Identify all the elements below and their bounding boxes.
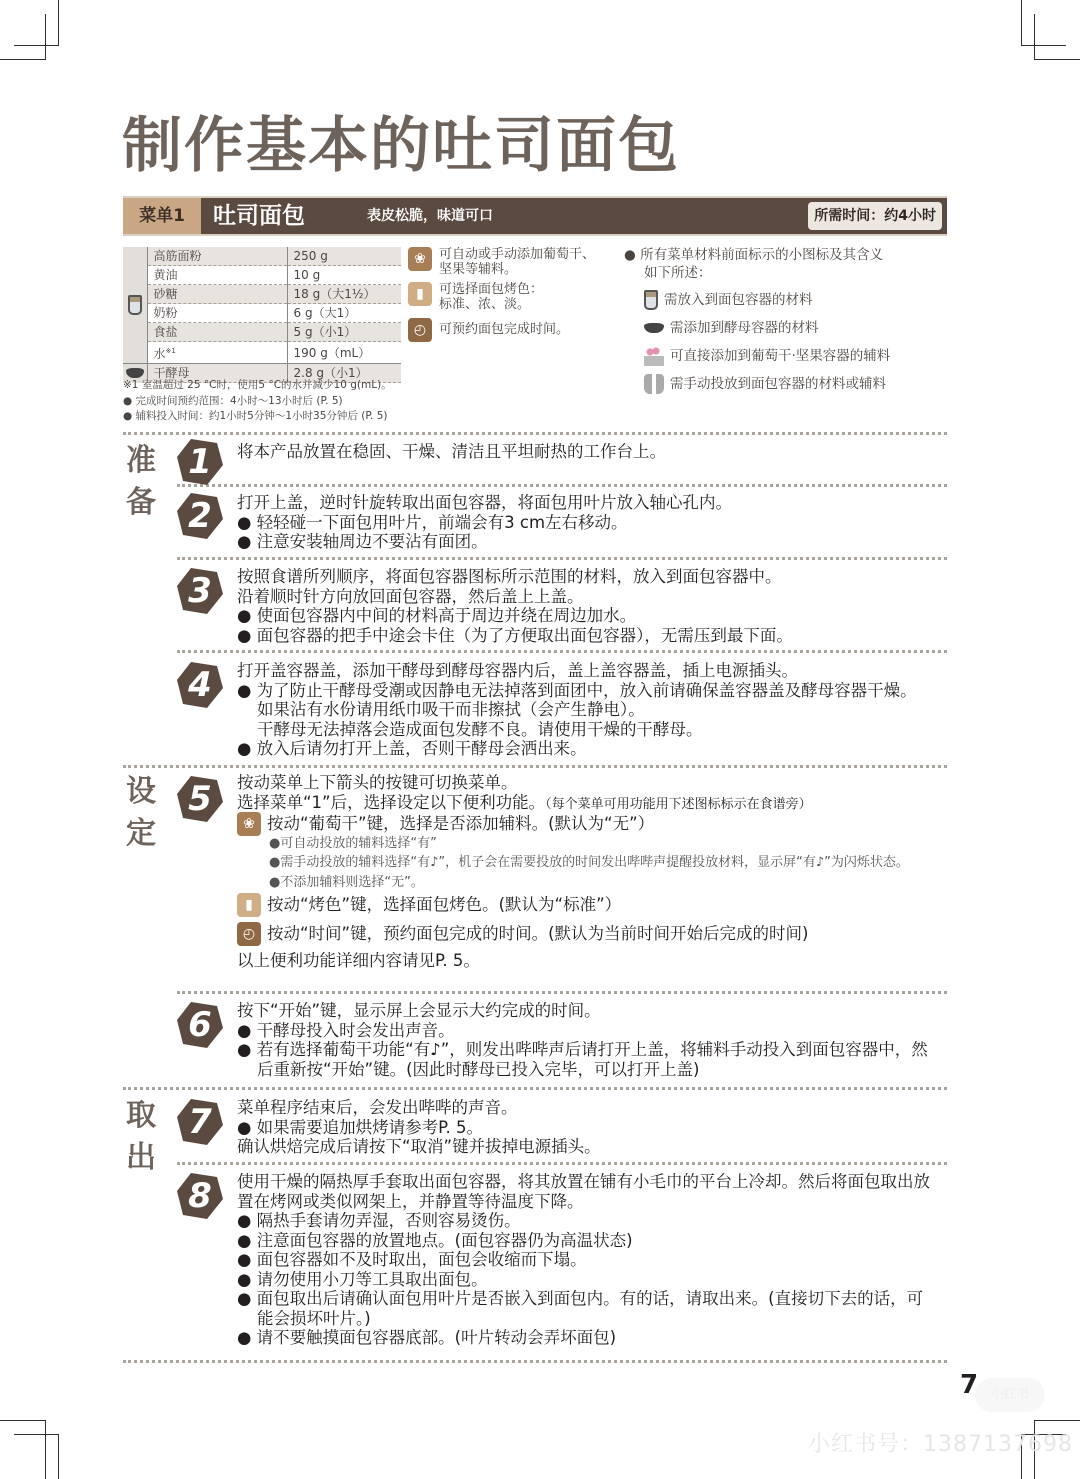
legend-text: 需放入到面包容器的材料: [664, 292, 813, 308]
section-label-remove: 取出: [124, 1095, 158, 1179]
feature-text: 坚果等辅料。: [439, 262, 619, 277]
step-bullet: ● 面包容器的把手中途会卡住（为了方便取出面包容器），无需压到最下面。: [237, 626, 937, 646]
bread-icon: ▮: [237, 893, 261, 917]
ingredient-row: 黄油 10 g: [123, 266, 401, 285]
step-text: 使用干燥的隔热厚手套取出面包容器，将其放置在铺有小毛巾的平台上冷却。然后将面包取…: [237, 1172, 937, 1211]
step-text: 按下“开始”键，显示屏上会显示大约完成的时间。: [237, 1001, 937, 1021]
bread-container-icon: [128, 295, 142, 315]
ingredient-name: 砂糖: [147, 285, 287, 304]
bread-container-column: [123, 247, 147, 364]
step-bullet: ● 如果需要追加烘烤请参考P. 5。: [237, 1118, 937, 1138]
ingredient-name: 高筋面粉: [147, 247, 287, 266]
step-text-main: 选择菜单“1”后，选择设定以下便利功能。: [237, 793, 545, 812]
step-badge-6: 6: [177, 1000, 223, 1050]
ingredient-name: 水※1: [147, 342, 287, 364]
crop-mark: [1034, 1420, 1080, 1421]
icon-legend: ● 所有菜单材料前面标示的小图标及其含义 如下所述： 需放入到面包容器的材料 需…: [624, 246, 883, 282]
divider: [177, 484, 947, 487]
step-number: 2: [177, 491, 223, 541]
step-badge-7: 7: [177, 1097, 223, 1147]
yeast-container-icon: [126, 368, 144, 378]
step-text: 菜单程序结束后，会发出哔哔的声音。: [237, 1098, 937, 1118]
step-text: 沿着顺时针方向放回面包容器，然后盖上上盖。: [237, 587, 937, 607]
menu-number-tag: 菜单1: [123, 198, 201, 234]
step-number: 6: [177, 1000, 223, 1050]
step-5: 按动菜单上下箭头的按键可切换菜单。 选择菜单“1”后，选择设定以下便利功能。（每…: [237, 773, 937, 971]
page-number: 7: [960, 1370, 978, 1400]
feature-text: 可选择面包烤色：: [439, 282, 619, 297]
step-7: 菜单程序结束后，会发出哔哔的声音。 ● 如果需要追加烘烤请参考P. 5。 确认烘…: [237, 1098, 937, 1157]
step-bullet: ● 隔热手套请勿弄湿，否则容易烫伤。: [237, 1211, 937, 1231]
ingredient-amount: 10 g: [287, 266, 401, 285]
ingredient-name: 奶粉: [147, 304, 287, 323]
ingredient-amount: 5 g（小1）: [287, 323, 401, 342]
crop-mark: [14, 1434, 59, 1435]
step-number: 3: [177, 566, 223, 616]
step-3: 按照食谱所列顺序，将面包容器图标所示范围的材料，放入到面包容器中。 沿着顺时针方…: [237, 567, 937, 645]
legend-item: 需添加到酵母容器的材料: [644, 319, 819, 337]
step-number: 5: [177, 774, 223, 824]
section-label-setup: 设定: [124, 771, 158, 855]
step-badge-4: 4: [177, 660, 223, 710]
step-bullet: ● 轻轻碰一下面包用叶片，前端会有3 cm左右移动。: [237, 513, 937, 533]
step-bullet: ● 注意面包容器的放置地点。(面包容器仍为高温状态): [237, 1231, 937, 1251]
ingredient-row: 砂糖 18 g（大1½）: [123, 285, 401, 304]
raisin-option: ●可自动投放的辅料选择“有”: [237, 834, 937, 854]
legend-intro: 如下所述：: [624, 264, 883, 282]
step-badge-1: 1: [177, 437, 223, 487]
step-text: 打开盖容器盖，添加干酵母到酵母容器内后，盖上盖容器盖，插上电源插头。: [237, 661, 937, 681]
note-line: ● 辅料投入时间：约1小时5分钟～1小时35分钟后 (P. 5): [123, 409, 392, 425]
step-badge-3: 3: [177, 566, 223, 616]
feature-text: 可自动或手动添加葡萄干、: [439, 247, 619, 262]
ingredient-row: 奶粉 6 g（大1）: [123, 304, 401, 323]
crop-mark: [45, 14, 46, 60]
feature-text: 可预约面包完成时间。: [439, 322, 619, 337]
divider: [123, 765, 947, 768]
crop-mark: [1021, 45, 1066, 46]
bread-icon: ▮: [408, 282, 432, 306]
divider: [177, 650, 947, 653]
function-text: 按动“葡萄干”键，选择是否添加辅料。(默认为“无”）: [267, 814, 654, 833]
step-text-note: （每个菜单可用功能用下述图标标示在食谱旁）: [545, 797, 812, 812]
legend-text: 可直接添加到葡萄干·坚果容器的辅料: [670, 348, 890, 364]
hands-icon: [644, 374, 664, 394]
raisin-option: ●需手动投放的辅料选择“有♪”，机子会在需要投放的时间发出哔哔声提醒投放材料，显…: [237, 853, 927, 873]
crop-mark: [1034, 59, 1080, 60]
ingredient-amount: 6 g（大1）: [287, 304, 401, 323]
step-footer: 以上便利功能详细内容请见P. 5。: [237, 951, 937, 971]
step-badge-5: 5: [177, 774, 223, 824]
step-number: 7: [177, 1097, 223, 1147]
step-text: 按动菜单上下箭头的按键可切换菜单。: [237, 773, 937, 793]
step-bullet: ● 注意安装轴周边不要沾有面团。: [237, 532, 937, 552]
yeast-container-icon: [644, 323, 664, 333]
step-text: 打开上盖，逆时针旋转取出面包容器，将面包用叶片放入轴心孔内。: [237, 493, 937, 513]
step-6: 按下“开始”键，显示屏上会显示大约完成的时间。 ● 干酵母投入时会发出声音。 ●…: [237, 1001, 937, 1079]
divider: [123, 432, 947, 435]
step-badge-8: 8: [177, 1171, 223, 1221]
crop-mark: [58, 0, 59, 45]
watermark-text: 小红书号：1387137698: [808, 1427, 1073, 1458]
legend-text: 需添加到酵母容器的材料: [670, 320, 819, 336]
ingredient-amount: 250 g: [287, 247, 401, 266]
ingredient-name-text: 水: [154, 347, 166, 361]
step-text: 按照食谱所列顺序，将面包容器图标所示范围的材料，放入到面包容器中。: [237, 567, 937, 587]
step-text: 确认烘焙完成后请按下“取消”键并拔掉电源插头。: [237, 1137, 937, 1157]
ingredient-row: 高筋面粉 250 g: [123, 247, 401, 266]
crop-mark: [1034, 14, 1035, 60]
step-text: 选择菜单“1”后，选择设定以下便利功能。（每个菜单可用功能用下述图标标示在食谱旁…: [237, 793, 937, 815]
note-line: ● 完成时间预约范围：4小时～13小时后 (P. 5): [123, 394, 392, 410]
ingredient-amount: 18 g（大1½）: [287, 285, 401, 304]
clock-icon: ◴: [408, 318, 432, 342]
clock-icon: ◴: [237, 922, 261, 946]
legend-text: 需手动投放到面包容器的材料或辅料: [670, 376, 886, 392]
ingredient-row: 水※1 190 g（mL）: [123, 342, 401, 364]
step-bullet: ● 面包取出后请确认面包用叶片是否嵌入到面包内。有的话，请取出来。(直接切下去的…: [237, 1289, 937, 1328]
legend-item: 需手动投放到面包容器的材料或辅料: [644, 374, 886, 394]
bread-container-icon: [644, 290, 658, 310]
divider: [123, 1360, 947, 1363]
ingredient-row: 食盐 5 g（小1）: [123, 323, 401, 342]
step-number: 8: [177, 1171, 223, 1221]
step-bullet: ● 为了防止干酵母受潮或因静电无法掉落到面团中，放入前请确保盖容器盖及酵母容器干…: [237, 681, 937, 701]
step-bullet: ● 请勿使用小刀等工具取出面包。: [237, 1270, 937, 1290]
step-bullet: ● 放入后请勿打开上盖，否则干酵母会洒出来。: [237, 739, 937, 759]
required-time-badge: 所需时间：约4小时: [808, 202, 942, 230]
divider: [123, 1087, 947, 1090]
menu-header-bar: 菜单1 吐司面包 表皮松脆，味道可口 所需时间：约4小时: [123, 196, 947, 236]
divider: [177, 557, 947, 560]
crop-mark: [58, 1434, 59, 1479]
nut-dispenser-icon: [644, 346, 664, 366]
step-bullet-continued: 干酵母无法掉落会造成面包发酵不良。请使用干燥的干酵母。: [237, 720, 937, 740]
step-number: 4: [177, 660, 223, 710]
divider: [177, 1162, 947, 1165]
step-1: 将本产品放置在稳固、干燥、清洁且平坦耐热的工作台上。: [237, 442, 937, 462]
step-bullet: ● 请不要触摸面包容器底部。(叶片转动会弄坏面包): [237, 1328, 937, 1348]
section-label-prepare: 准备: [124, 440, 158, 524]
legend-intro: ● 所有菜单材料前面标示的小图标及其含义: [624, 246, 883, 264]
page-title: 制作基本的吐司面包: [122, 110, 680, 182]
function-text: 按动“烤色”键，选择面包烤色。(默认为“标准”）: [267, 895, 621, 914]
feature-text: 标准、浓、淡。: [439, 297, 619, 312]
grape-icon: ❀: [408, 247, 432, 271]
divider: [177, 991, 947, 994]
step-text: 将本产品放置在稳固、干燥、清洁且平坦耐热的工作台上。: [237, 442, 937, 462]
ingredient-name: 食盐: [147, 323, 287, 342]
step-badge-2: 2: [177, 491, 223, 541]
step-bullet: ● 面包容器如不及时取出，面包会收缩而下塌。: [237, 1250, 937, 1270]
watermark-logo: 小红书: [975, 1378, 1045, 1412]
function-text: 按动“时间”键，预约面包完成的时间。(默认为当前时间开始后完成的时间): [267, 924, 808, 943]
recipe-notes: ※1 室温超过 25 °C时，使用5 °C的水并减少10 g(mL)。 ● 完成…: [123, 378, 392, 425]
step-number: 1: [177, 437, 223, 487]
timer-function: ◴按动“时间”键，预约面包完成的时间。(默认为当前时间开始后完成的时间): [237, 924, 937, 944]
crop-mark: [14, 45, 59, 46]
step-bullet: ● 使面包容器内中间的材料高于周边并绕在周边加水。: [237, 606, 937, 626]
step-2: 打开上盖，逆时针旋转取出面包容器，将面包用叶片放入轴心孔内。 ● 轻轻碰一下面包…: [237, 493, 937, 552]
crop-mark: [0, 1420, 46, 1421]
crop-mark: [45, 1420, 46, 1479]
step-bullet: ● 若有选择葡萄干功能“有♪”，则发出哔哔声后请打开上盖，将辅料手动投入到面包容…: [237, 1040, 937, 1079]
step-bullet-continued: 如果沾有水份请用纸巾吸干而非擦拭（会产生静电）。: [237, 700, 937, 720]
step-bullet: ● 干酵母投入时会发出声音。: [237, 1021, 937, 1041]
menu-name: 吐司面包: [213, 198, 305, 234]
raisin-function: ❀按动“葡萄干”键，选择是否添加辅料。(默认为“无”）: [237, 814, 937, 834]
crop-mark: [0, 59, 46, 60]
ingredient-amount: 190 g（mL）: [287, 342, 401, 364]
step-8: 使用干燥的隔热厚手套取出面包容器，将其放置在铺有小毛巾的平台上冷却。然后将面包取…: [237, 1172, 937, 1348]
footnote-mark: ※1: [166, 347, 176, 355]
ingredient-name: 黄油: [147, 266, 287, 285]
grape-icon: ❀: [237, 812, 261, 836]
raisin-option: ●不添加辅料则选择“无”。: [237, 873, 937, 893]
legend-item: 可直接添加到葡萄干·坚果容器的辅料: [644, 346, 890, 366]
legend-item: 需放入到面包容器的材料: [644, 290, 813, 310]
crust-function: ▮按动“烤色”键，选择面包烤色。(默认为“标准”）: [237, 895, 937, 915]
menu-description: 表皮松脆，味道可口: [367, 198, 493, 234]
step-4: 打开盖容器盖，添加干酵母到酵母容器内后，盖上盖容器盖，插上电源插头。 ● 为了防…: [237, 661, 937, 759]
note-line: ※1 室温超过 25 °C时，使用5 °C的水并减少10 g(mL)。: [123, 378, 392, 394]
crop-mark: [1021, 0, 1022, 45]
ingredients-table: 高筋面粉 250 g 黄油 10 g 砂糖 18 g（大1½） 奶粉 6 g（大…: [123, 247, 401, 383]
